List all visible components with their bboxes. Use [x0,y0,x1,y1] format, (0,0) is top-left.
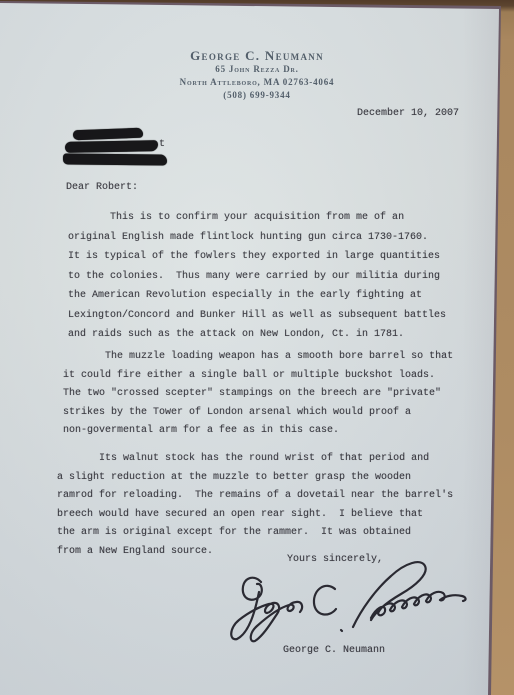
redaction-visible-char: t [159,139,165,150]
paragraph-1: This is to confirm your acquisition from… [68,208,488,345]
signature-handwriting [213,556,475,648]
paragraph-3: Its walnut stock has the round wrist of … [57,450,477,561]
signature-c-stroke [314,586,336,615]
signature-neumann-stroke [353,562,466,627]
signature-george-stroke [231,578,302,642]
letterhead-address-line1: 65 John Rezza Dr. [107,63,407,76]
paragraph-2: The muzzle loading weapon has a smooth b… [63,348,483,441]
salutation: Dear Robert: [66,182,138,193]
letterhead-address-line2: North Attleboro, MA 02763-4064 [107,76,407,89]
letterhead-name: George C. Neumann [107,48,407,63]
letterhead: George C. Neumann 65 John Rezza Dr. Nort… [107,48,407,102]
redaction-mark [65,140,158,153]
signature-c-period [341,630,342,631]
redaction-mark [63,153,167,165]
letter-date: December 10, 2007 [357,108,459,119]
typed-signature-name: George C. Neumann [283,645,385,656]
photographed-letter: George C. Neumann 65 John Rezza Dr. Nort… [0,0,514,695]
letterhead-phone: (508) 699-9344 [107,89,407,102]
